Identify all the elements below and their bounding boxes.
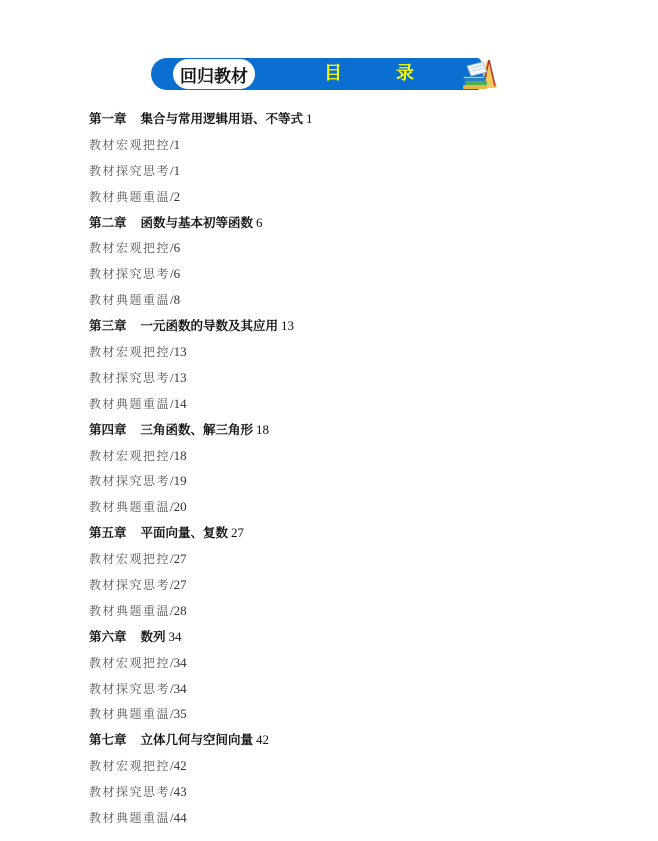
section-page: /6 xyxy=(170,240,180,255)
toc-chapter-7[interactable]: 第七章立体几何与空间向量42 xyxy=(89,731,589,757)
section-label: 教材典题重温 xyxy=(89,397,170,411)
page-title: 目 录 xyxy=(324,58,432,90)
section-label: 教材宏观把控 xyxy=(89,759,170,773)
section-label: 教材宏观把控 xyxy=(89,241,170,255)
table-of-contents: 第一章集合与常用逻辑用语、不等式1 教材宏观把控/1 教材探究思考/1 教材典题… xyxy=(89,110,589,835)
toc-section[interactable]: 教材典题重温/14 xyxy=(89,395,589,421)
section-label: 教材典题重温 xyxy=(89,293,170,307)
chapter-title: 数列 xyxy=(141,629,166,644)
chapter-page: 27 xyxy=(231,525,244,540)
section-page: /35 xyxy=(170,706,187,721)
section-label: 教材宏观把控 xyxy=(89,345,170,359)
toc-section[interactable]: 教材宏观把控/13 xyxy=(89,343,589,369)
chapter-number: 第三章 xyxy=(89,318,127,333)
section-page: /1 xyxy=(170,137,180,152)
toc-section[interactable]: 教材探究思考/27 xyxy=(89,576,589,602)
chapter-title: 集合与常用逻辑用语、不等式 xyxy=(141,111,304,126)
chapter-number: 第一章 xyxy=(89,111,127,126)
chapter-number: 第二章 xyxy=(89,215,127,230)
chapter-title: 三角函数、解三角形 xyxy=(141,422,254,437)
toc-section[interactable]: 教材探究思考/1 xyxy=(89,162,589,188)
toc-section[interactable]: 教材宏观把控/34 xyxy=(89,654,589,680)
chapter-page: 34 xyxy=(169,629,182,644)
section-label: 教材典题重温 xyxy=(89,500,170,514)
toc-section[interactable]: 教材典题重温/28 xyxy=(89,602,589,628)
section-label: 教材探究思考 xyxy=(89,474,170,488)
section-label: 教材探究思考 xyxy=(89,785,170,799)
toc-chapter-6[interactable]: 第六章数列34 xyxy=(89,628,589,654)
section-label: 教材典题重温 xyxy=(89,707,170,721)
section-page: /27 xyxy=(170,577,187,592)
toc-section[interactable]: 教材宏观把控/1 xyxy=(89,136,589,162)
section-label: 教材宏观把控 xyxy=(89,449,170,463)
toc-section[interactable]: 教材典题重温/8 xyxy=(89,291,589,317)
toc-header-banner: 回归教材 目 录 xyxy=(151,58,496,90)
chapter-number: 第七章 xyxy=(89,732,127,747)
section-page: /42 xyxy=(170,758,187,773)
toc-section[interactable]: 教材探究思考/43 xyxy=(89,783,589,809)
toc-section[interactable]: 教材探究思考/6 xyxy=(89,265,589,291)
section-label: 教材典题重温 xyxy=(89,811,170,825)
chapter-title: 一元函数的导数及其应用 xyxy=(141,318,279,333)
toc-chapter-2[interactable]: 第二章函数与基本初等函数6 xyxy=(89,214,589,240)
toc-section[interactable]: 教材探究思考/34 xyxy=(89,680,589,706)
chapter-page: 1 xyxy=(306,111,313,126)
section-page: /28 xyxy=(170,603,187,618)
toc-section[interactable]: 教材典题重温/20 xyxy=(89,498,589,524)
section-page: /20 xyxy=(170,499,187,514)
section-label: 教材宏观把控 xyxy=(89,656,170,670)
section-label: 教材宏观把控 xyxy=(89,552,170,566)
section-page: /1 xyxy=(170,163,180,178)
toc-section[interactable]: 教材典题重温/35 xyxy=(89,705,589,731)
section-label: 教材探究思考 xyxy=(89,164,170,178)
section-label: 教材典题重温 xyxy=(89,604,170,618)
section-page: /13 xyxy=(170,370,187,385)
chapter-page: 18 xyxy=(256,422,269,437)
toc-chapter-3[interactable]: 第三章一元函数的导数及其应用13 xyxy=(89,317,589,343)
toc-section[interactable]: 教材探究思考/13 xyxy=(89,369,589,395)
chapter-number: 第六章 xyxy=(89,629,127,644)
section-page: /43 xyxy=(170,784,187,799)
section-page: /18 xyxy=(170,448,187,463)
toc-section[interactable]: 教材宏观把控/18 xyxy=(89,447,589,473)
toc-section[interactable]: 教材宏观把控/6 xyxy=(89,239,589,265)
chapter-page: 13 xyxy=(281,318,294,333)
books-and-compass-icon xyxy=(459,58,499,90)
chapter-number: 第四章 xyxy=(89,422,127,437)
chapter-page: 6 xyxy=(256,215,263,230)
section-page: /6 xyxy=(170,266,180,281)
section-label: 教材探究思考 xyxy=(89,682,170,696)
section-page: /13 xyxy=(170,344,187,359)
toc-section[interactable]: 教材探究思考/19 xyxy=(89,472,589,498)
section-label: 教材宏观把控 xyxy=(89,138,170,152)
section-label: 教材探究思考 xyxy=(89,371,170,385)
section-tag-label: 回归教材 xyxy=(180,62,248,87)
toc-chapter-4[interactable]: 第四章三角函数、解三角形18 xyxy=(89,421,589,447)
section-tag: 回归教材 xyxy=(173,59,255,89)
chapter-page: 42 xyxy=(256,732,269,747)
toc-section[interactable]: 教材典题重温/44 xyxy=(89,809,589,835)
toc-chapter-5[interactable]: 第五章平面向量、复数27 xyxy=(89,524,589,550)
section-page: /34 xyxy=(170,681,187,696)
chapter-number: 第五章 xyxy=(89,525,127,540)
toc-chapter-1[interactable]: 第一章集合与常用逻辑用语、不等式1 xyxy=(89,110,589,136)
section-page: /2 xyxy=(170,189,180,204)
toc-section[interactable]: 教材典题重温/2 xyxy=(89,188,589,214)
section-page: /27 xyxy=(170,551,187,566)
toc-section[interactable]: 教材宏观把控/27 xyxy=(89,550,589,576)
section-page: /44 xyxy=(170,810,187,825)
section-label: 教材探究思考 xyxy=(89,267,170,281)
section-label: 教材典题重温 xyxy=(89,190,170,204)
section-label: 教材探究思考 xyxy=(89,578,170,592)
chapter-title: 平面向量、复数 xyxy=(141,525,229,540)
section-page: /8 xyxy=(170,292,180,307)
section-page: /14 xyxy=(170,396,187,411)
chapter-title: 立体几何与空间向量 xyxy=(141,732,254,747)
toc-section[interactable]: 教材宏观把控/42 xyxy=(89,757,589,783)
section-page: /19 xyxy=(170,473,187,488)
section-page: /34 xyxy=(170,655,187,670)
chapter-title: 函数与基本初等函数 xyxy=(141,215,254,230)
